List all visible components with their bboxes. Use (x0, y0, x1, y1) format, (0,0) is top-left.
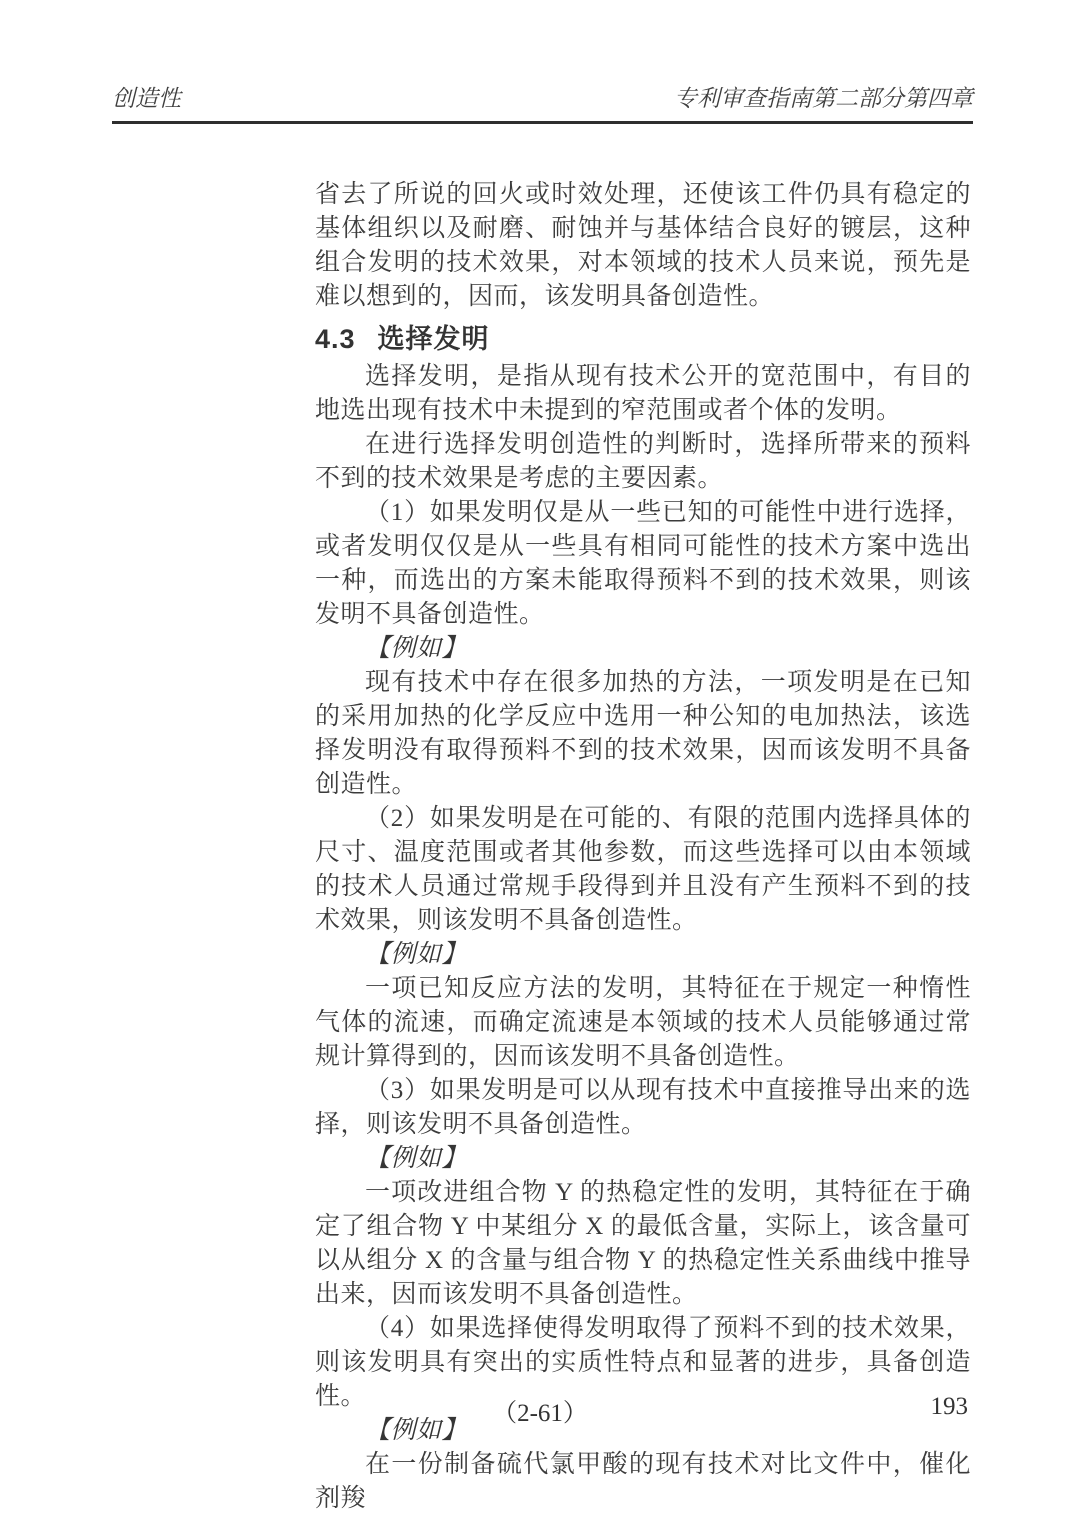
heading-number: 4.3 (315, 324, 356, 354)
paragraph: 现有技术中存在很多加热的方法，一项发明是在已知的采用加热的化学反应中选用一种公知… (315, 666, 971, 802)
example-label: 【例如】 (315, 938, 971, 972)
footer-page-number: 193 (931, 1393, 969, 1421)
paragraph: 省去了所说的回火或时效处理，还使该工件仍具有稳定的基体组织以及耐磨、耐蚀并与基体… (315, 178, 971, 314)
document-page: 创造性 专利审查指南第二部分第四章 省去了所说的回火或时效处理，还使该工件仍具有… (0, 0, 1080, 1526)
paragraph: （3）如果发明是可以从现有技术中直接推导出来的选择，则该发明不具备创造性。 (315, 1074, 971, 1142)
paragraph: 在进行选择发明创造性的判断时，选择所带来的预料不到的技术效果是考虑的主要因素。 (315, 428, 971, 496)
heading-text: 选择发明 (378, 324, 490, 354)
paragraph: 选择发明，是指从现有技术公开的宽范围中，有目的地选出现有技术中未提到的窄范围或者… (315, 360, 971, 428)
page-header: 创造性 专利审查指南第二部分第四章 (112, 80, 973, 124)
header-right-title: 专利审查指南第二部分第四章 (674, 80, 973, 113)
footer-center-label: （2-61） (0, 1393, 1080, 1429)
section-heading: 4.3选择发明 (315, 322, 971, 356)
header-left-title: 创造性 (112, 80, 181, 113)
paragraph: 在一份制备硫代氯甲酸的现有技术对比文件中，催化剂羧 (315, 1448, 971, 1516)
example-label: 【例如】 (315, 632, 971, 666)
paragraph: 一项改进组合物 Y 的热稳定性的发明，其特征在于确定了组合物 Y 中某组分 X … (315, 1176, 971, 1312)
paragraph: 一项已知反应方法的发明，其特征在于规定一种惰性气体的流速，而确定流速是本领域的技… (315, 972, 971, 1074)
content-area: 省去了所说的回火或时效处理，还使该工件仍具有稳定的基体组织以及耐磨、耐蚀并与基体… (315, 178, 971, 1516)
paragraph: （2）如果发明是在可能的、有限的范围内选择具体的尺寸、温度范围或者其他参数，而这… (315, 802, 971, 938)
example-label: 【例如】 (315, 1142, 971, 1176)
paragraph: （1）如果发明仅是从一些已知的可能性中进行选择，或者发明仅仅是从一些具有相同可能… (315, 496, 971, 632)
